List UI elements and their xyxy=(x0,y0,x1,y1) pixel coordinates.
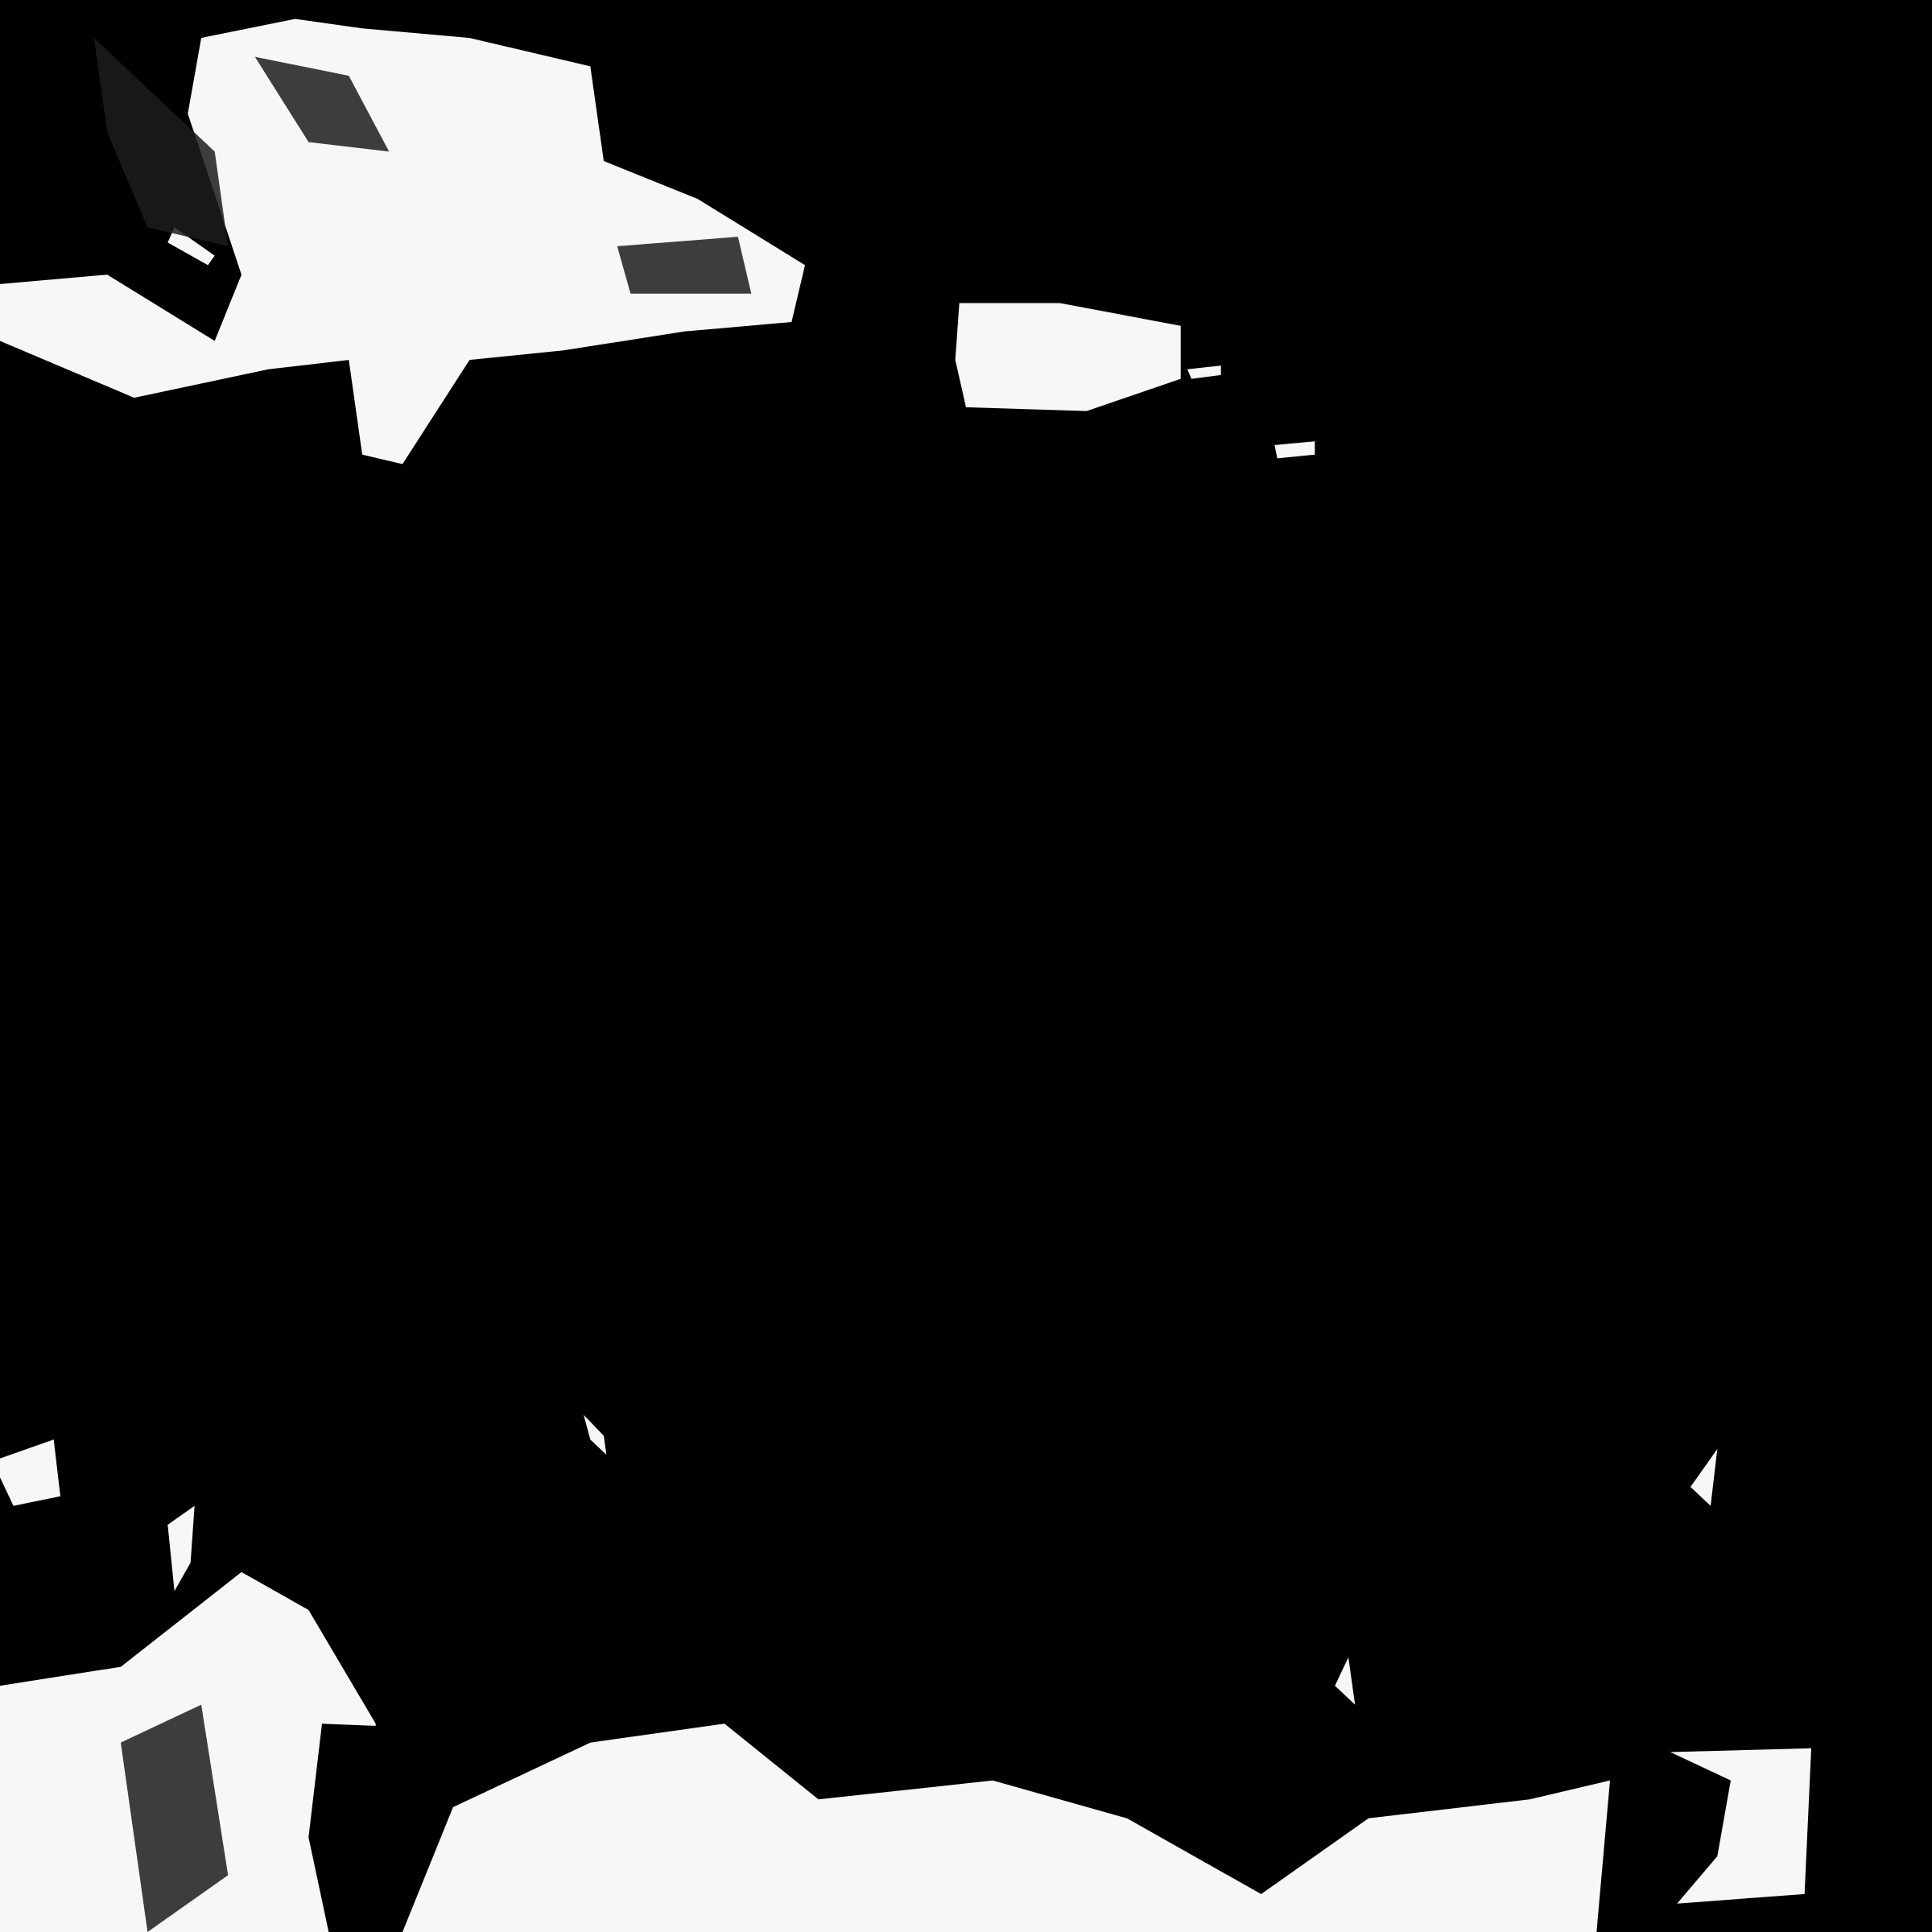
southeast-dr-vegetation-shade xyxy=(617,237,752,294)
satellite-map xyxy=(0,0,1932,1932)
